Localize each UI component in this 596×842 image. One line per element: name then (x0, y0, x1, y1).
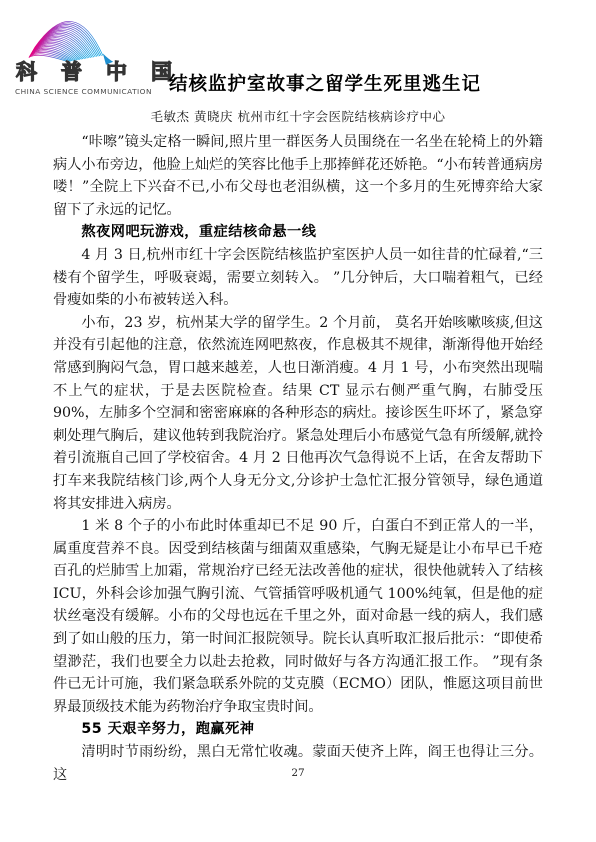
section-heading: 55 天艰辛努力，跑赢死神 (53, 718, 543, 741)
document-page: 科普中国 CHINA SCIENCE COMMUNICATION 结核监护室故事… (0, 0, 596, 842)
section-heading: 熬夜网吧玩游戏，重症结核命悬一线 (53, 221, 543, 244)
paragraph: 小布，23 岁，杭州某大学的留学生。2 个月前， 莫名开始咳嗽咳痰,但这并没有引… (53, 312, 543, 515)
page-number: 27 (0, 767, 596, 779)
paragraph: 清明时节雨纷纷，黑白无常忙收魂。蒙面天使齐上阵，阎王也得让三分。这 (53, 741, 543, 786)
article-byline: 毛敏杰 黄晓庆 杭州市红十字会医院结核病诊疗中心 (0, 107, 596, 125)
article-body: “咔嚓”镜头定格一瞬间,照片里一群医务人员围绕在一名坐在轮椅上的外籍病人小布旁边… (53, 131, 543, 786)
paragraph: 4 月 3 日,杭州市红十字会医院结核监护室医护人员一如往昔的忙碌着,“三楼有个… (53, 244, 543, 312)
paragraph: “咔嚓”镜头定格一瞬间,照片里一群医务人员围绕在一名坐在轮椅上的外籍病人小布旁边… (53, 131, 543, 221)
paragraph: 1 米 8 个子的小布此时体重却已不足 90 斤，白蛋白不到正常人的一半，属重度… (53, 515, 543, 718)
article-title: 结核监护室故事之留学生死里逃生记 (95, 70, 555, 96)
